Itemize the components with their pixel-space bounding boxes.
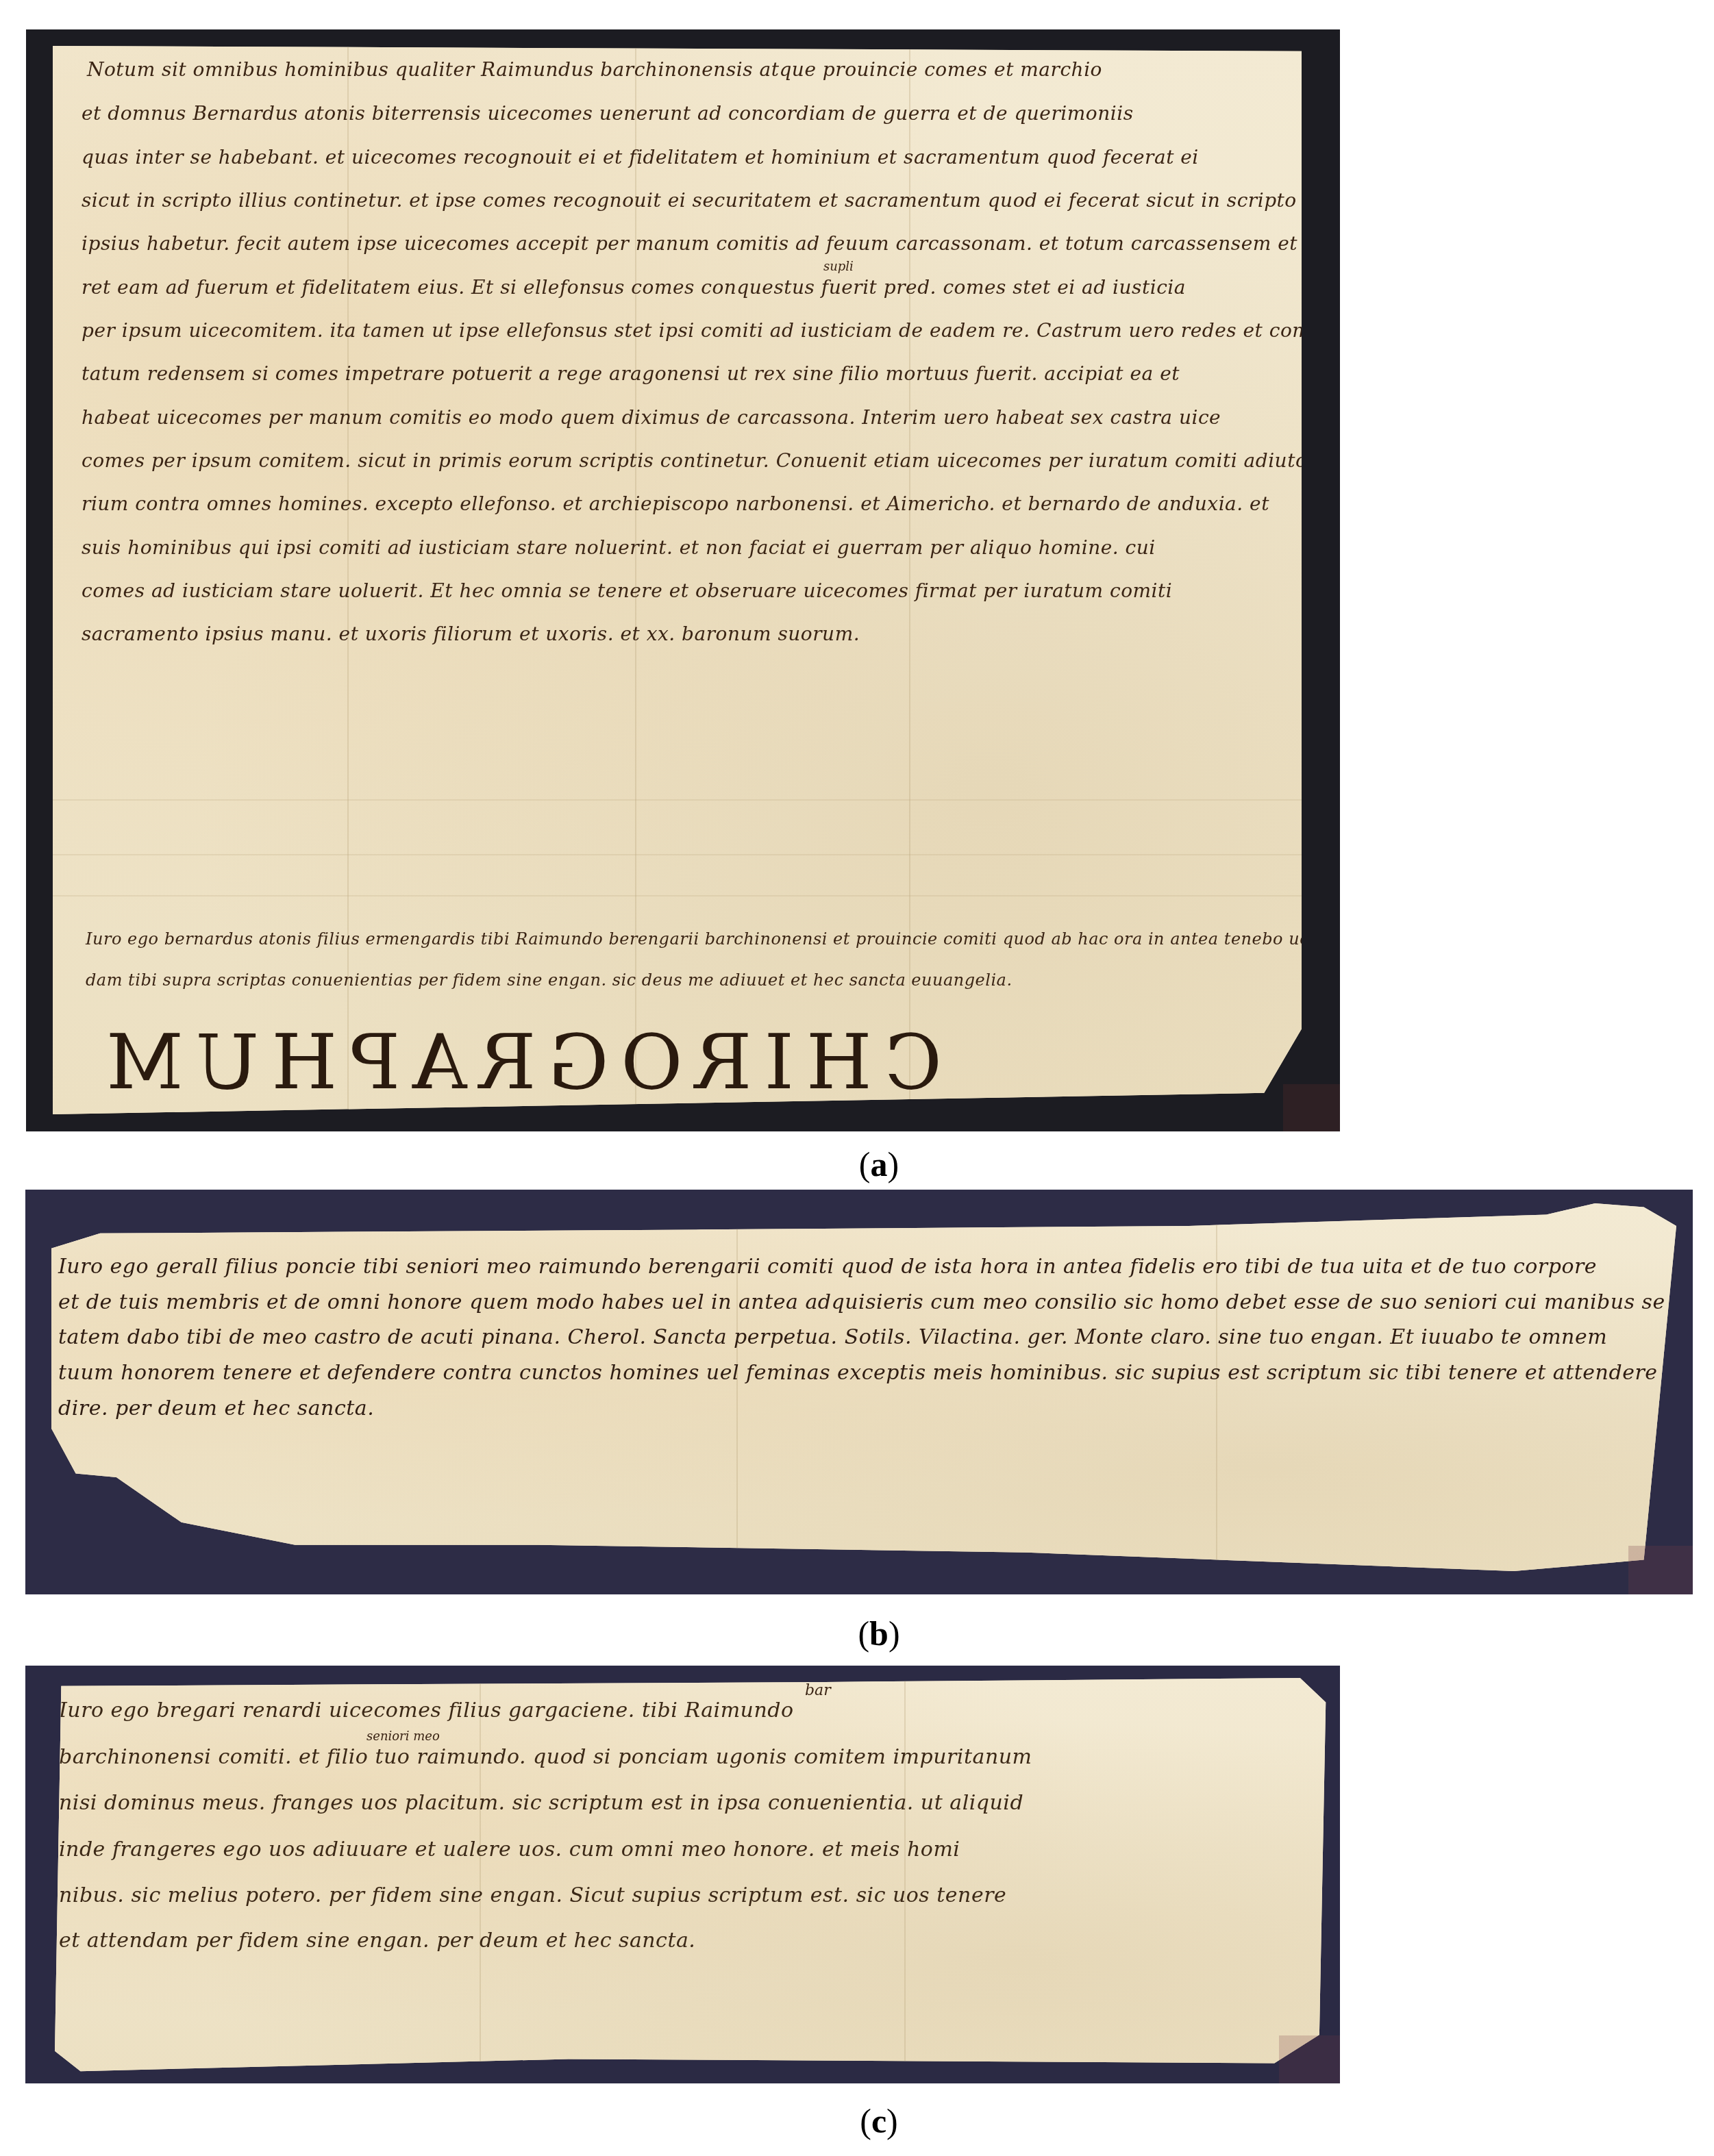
manuscript-line: et domnus Bernardus atonis biterrensis u…	[82, 102, 1134, 125]
manuscript-line: ipsius habetur. fecit autem ipse uicecom…	[82, 232, 1340, 255]
manuscript-line: sacramento ipsius manu. et uxoris filior…	[82, 623, 860, 645]
manuscript-line: comes per ipsum comitem. sicut in primis…	[82, 449, 1307, 472]
interlinear-note: seniori meo	[367, 1729, 440, 1744]
fold-line	[53, 854, 1302, 855]
manuscript-line: nibus. sic melius potero. per fidem sine…	[59, 1883, 1006, 1907]
interlinear-note: bar	[805, 1682, 831, 1699]
manuscript-line: sicut in scripto illius continetur. et i…	[82, 189, 1297, 212]
manuscript-line: per ipsum uicecomitem. ita tamen ut ipse…	[82, 319, 1317, 342]
oath-line: Iuro ego bernardus atonis filius ermenga…	[86, 929, 1318, 949]
watermark-corner	[1279, 2035, 1340, 2083]
panel-c-photo: bar Iuro ego bregari renardi uicecomes f…	[25, 1666, 1340, 2083]
manuscript-line: tatem dabo tibi de meo castro de acuti p…	[58, 1325, 1607, 1349]
panel-a-photo: Notum sit omnibus hominibus qualiter Rai…	[26, 29, 1340, 1131]
oath-line: dam tibi supra scriptas conuenientias pe…	[86, 970, 1013, 990]
panel-b-photo: Iuro ego gerall filius poncie tibi senio…	[25, 1190, 1693, 1594]
manuscript-line: ret eam ad fuerum et fidelitatem eius. E…	[82, 276, 1186, 299]
fold-line	[904, 1678, 906, 2083]
fold-line	[53, 799, 1302, 801]
manuscript-line: dire. per deum et hec sancta.	[58, 1396, 374, 1420]
manuscript-line: et attendam per fidem sine engan. per de…	[59, 1929, 695, 1953]
chirograph-cut-letters: CHIROGRAPHUM	[94, 1018, 942, 1106]
manuscript-line: quas inter se habebant. et uicecomes rec…	[82, 146, 1199, 168]
caption-a: (a)	[810, 1147, 947, 1181]
manuscript-line: comes ad iusticiam stare uoluerit. Et he…	[82, 579, 1172, 602]
caption-c: (c)	[810, 2104, 947, 2138]
parchment-a: Notum sit omnibus hominibus qualiter Rai…	[53, 46, 1302, 1114]
caption-b: (b)	[810, 1616, 947, 1651]
manuscript-line: Iuro ego gerall filius poncie tibi senio…	[58, 1255, 1597, 1279]
watermark-corner	[1628, 1546, 1693, 1594]
manuscript-line: tatum redensem si comes impetrare potuer…	[82, 362, 1180, 385]
fold-line	[480, 1678, 481, 2083]
manuscript-line: habeat uicecomes per manum comitis eo mo…	[82, 406, 1221, 429]
manuscript-line: tuum honorem tenere et defendere contra …	[58, 1361, 1658, 1385]
fold-line	[53, 895, 1302, 897]
manuscript-line: Iuro ego bregari renardi uicecomes filiu…	[59, 1699, 794, 1722]
manuscript-line: Notum sit omnibus hominibus qualiter Rai…	[87, 58, 1102, 81]
manuscript-line: rium contra omnes homines. excepto ellef…	[82, 492, 1269, 515]
manuscript-line: barchinonensi comiti. et filio tuo raimu…	[59, 1745, 1032, 1769]
interlinear-note: supli	[823, 260, 854, 274]
manuscript-line: nisi dominus meus. franges uos placitum.…	[59, 1791, 1023, 1815]
parchment-b: Iuro ego gerall filius poncie tibi senio…	[51, 1203, 1676, 1579]
watermark-corner	[1283, 1084, 1340, 1131]
manuscript-line: et de tuis membris et de omni honore que…	[58, 1290, 1693, 1314]
manuscript-line: inde frangeres ego uos adiuuare et ualer…	[59, 1838, 960, 1862]
parchment-c: bar Iuro ego bregari renardi uicecomes f…	[55, 1678, 1339, 2083]
manuscript-line: suis hominibus qui ipsi comiti ad iustic…	[82, 536, 1156, 559]
